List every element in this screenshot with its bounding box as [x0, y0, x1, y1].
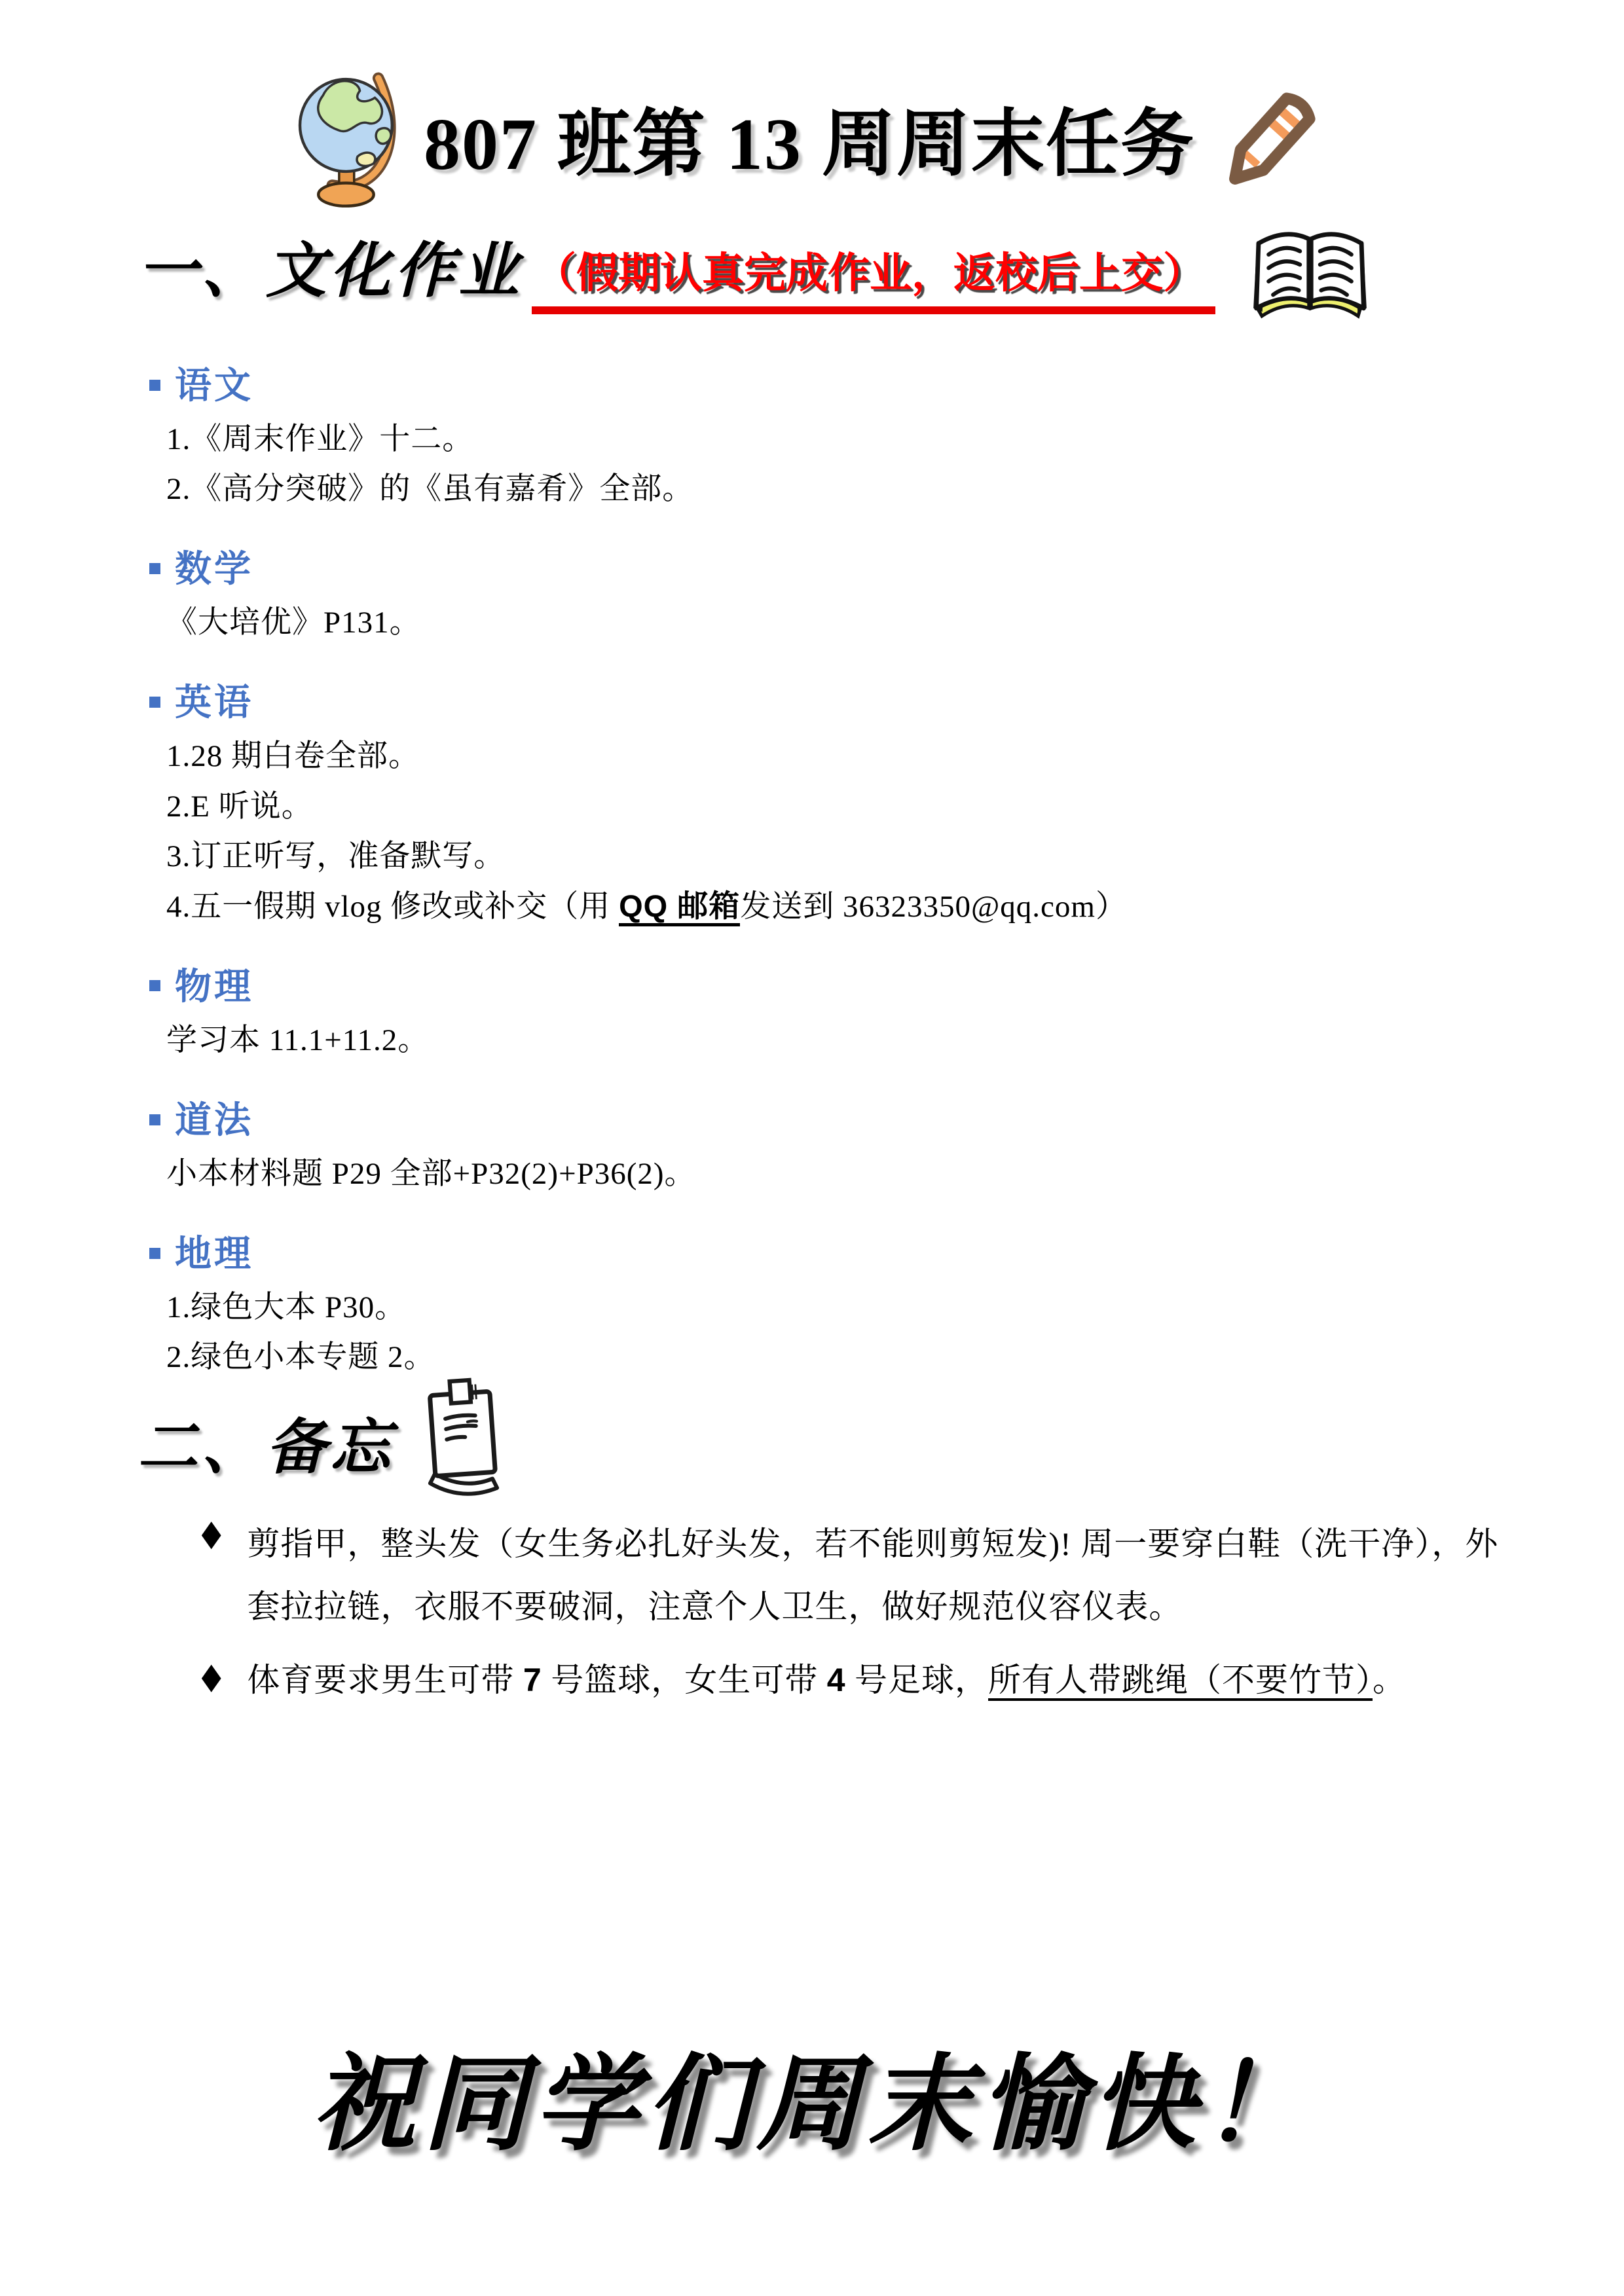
section1-annotation-underline: （假期认真完成作业，返校后上交） [532, 240, 1215, 314]
homework-item: 3.订正听写，准备默写。 [166, 831, 1507, 881]
memo-text: 体育要求男生可带 7 号篮球，女生可带 4 号足球，所有人带跳绳（不要竹节）。 [247, 1649, 1516, 1711]
homework-item: 2.绿色小本专题 2。 [166, 1332, 1507, 1382]
homework-item: 小本材料题 P29 全部+P32(2)+P36(2)。 [166, 1149, 1507, 1199]
subject-name: 数学 [175, 540, 253, 592]
page-title: 807 班第 13 周周末任务 [424, 85, 1195, 191]
subject-name: 语文 [175, 357, 253, 409]
section1-annotation: （假期认真完成作业，返校后上交） [534, 250, 1205, 297]
square-bullet-icon [149, 380, 160, 391]
basketball-size: 7 [523, 1662, 542, 1698]
memo-segment: 号足球， [846, 1662, 989, 1698]
square-bullet-icon [149, 563, 160, 574]
square-bullet-icon [149, 980, 160, 991]
section1-heading-row: 一、文化作业 （假期认真完成作业，返校后上交） [138, 223, 1377, 329]
diamond-bullet-icon: ◆ [202, 1641, 222, 1717]
open-book-icon [1243, 217, 1377, 329]
subject-physics: 物理 学习本 11.1+11.2。 [145, 958, 1507, 1065]
homework-item: 学习本 11.1+11.2。 [166, 1015, 1507, 1065]
memo-item-grooming: ◆ 剪指甲，整头发（女生务必扎好头发，若不能则剪短发)! 周一要穿白鞋（洗干净）… [200, 1512, 1516, 1638]
homework-item: 1.《周末作业》十二。 [166, 414, 1507, 464]
memo-clipboard-icon [411, 1375, 516, 1496]
subject-name: 地理 [175, 1225, 253, 1277]
memo-item-sports: ◆ 体育要求男生可带 7 号篮球，女生可带 4 号足球，所有人带跳绳（不要竹节）… [200, 1649, 1516, 1711]
subject-name: 物理 [175, 958, 253, 1010]
memo-segment: 。 [1373, 1662, 1406, 1698]
memo-text: 剪指甲，整头发（女生务必扎好头发，若不能则剪短发)! 周一要穿白鞋（洗干净），外… [247, 1512, 1516, 1638]
title-row: 807 班第 13 周周末任务 [0, 65, 1624, 210]
square-bullet-icon [149, 1248, 160, 1259]
subject-chinese: 语文 1.《周末作业》十二。 2.《高分突破》的《虽有嘉肴》全部。 [145, 357, 1507, 514]
pencil-icon [1202, 77, 1329, 205]
subject-list: 语文 1.《周末作业》十二。 2.《高分突破》的《虽有嘉肴》全部。 数学 《大培… [145, 357, 1507, 1408]
homework-notice-page: 807 班第 13 周周末任务 一、文化作业 （假期认真完成作业，返校后上交） [0, 0, 1624, 2296]
globe-icon [295, 65, 416, 210]
item-text: 4.五一假期 vlog 修改或补交（用 [166, 890, 619, 924]
memo-segment: 体育要求男生可带 [247, 1662, 523, 1698]
homework-item-vlog: 4.五一假期 vlog 修改或补交（用 QQ 邮箱发送到 36323350@qq… [166, 881, 1507, 932]
football-size: 4 [827, 1662, 846, 1698]
square-bullet-icon [149, 1114, 160, 1125]
item-text: 发送到 36323350@qq.com） [740, 890, 1127, 924]
subject-english: 英语 1.28 期白卷全部。 2.E 听说。 3.订正听写，准备默写。 4.五一… [145, 674, 1507, 932]
section2-heading: 二、备忘 [138, 1399, 394, 1485]
square-bullet-icon [149, 697, 160, 708]
homework-item: 1.28 期白卷全部。 [166, 731, 1507, 781]
homework-item: 2.《高分突破》的《虽有嘉肴》全部。 [166, 464, 1507, 514]
homework-item: 1.绿色大本 P30。 [166, 1283, 1507, 1332]
jump-rope-emphasis: 所有人带跳绳（不要竹节） [988, 1662, 1373, 1701]
memo-list: ◆ 剪指甲，整头发（女生务必扎好头发，若不能则剪短发)! 周一要穿白鞋（洗干净）… [200, 1512, 1516, 1722]
homework-item: 2.E 听说。 [166, 782, 1507, 831]
diamond-bullet-icon: ◆ [202, 1499, 222, 1649]
section1-heading: 一、文化作业 [138, 223, 523, 309]
section2-heading-row: 二、备忘 [138, 1388, 516, 1496]
subject-morality-law: 道法 小本材料题 P29 全部+P32(2)+P36(2)。 [145, 1091, 1507, 1199]
footer-blessing: 祝同学们周末愉快！ [0, 2020, 1624, 2170]
subject-geography: 地理 1.绿色大本 P30。 2.绿色小本专题 2。 [145, 1225, 1507, 1382]
subject-name: 英语 [175, 674, 253, 726]
memo-segment: 号篮球，女生可带 [542, 1662, 827, 1698]
homework-item: 《大培优》P131。 [166, 598, 1507, 647]
subject-math: 数学 《大培优》P131。 [145, 540, 1507, 647]
subject-name: 道法 [175, 1091, 253, 1144]
qq-mail-emphasis: QQ 邮箱 [619, 888, 740, 926]
